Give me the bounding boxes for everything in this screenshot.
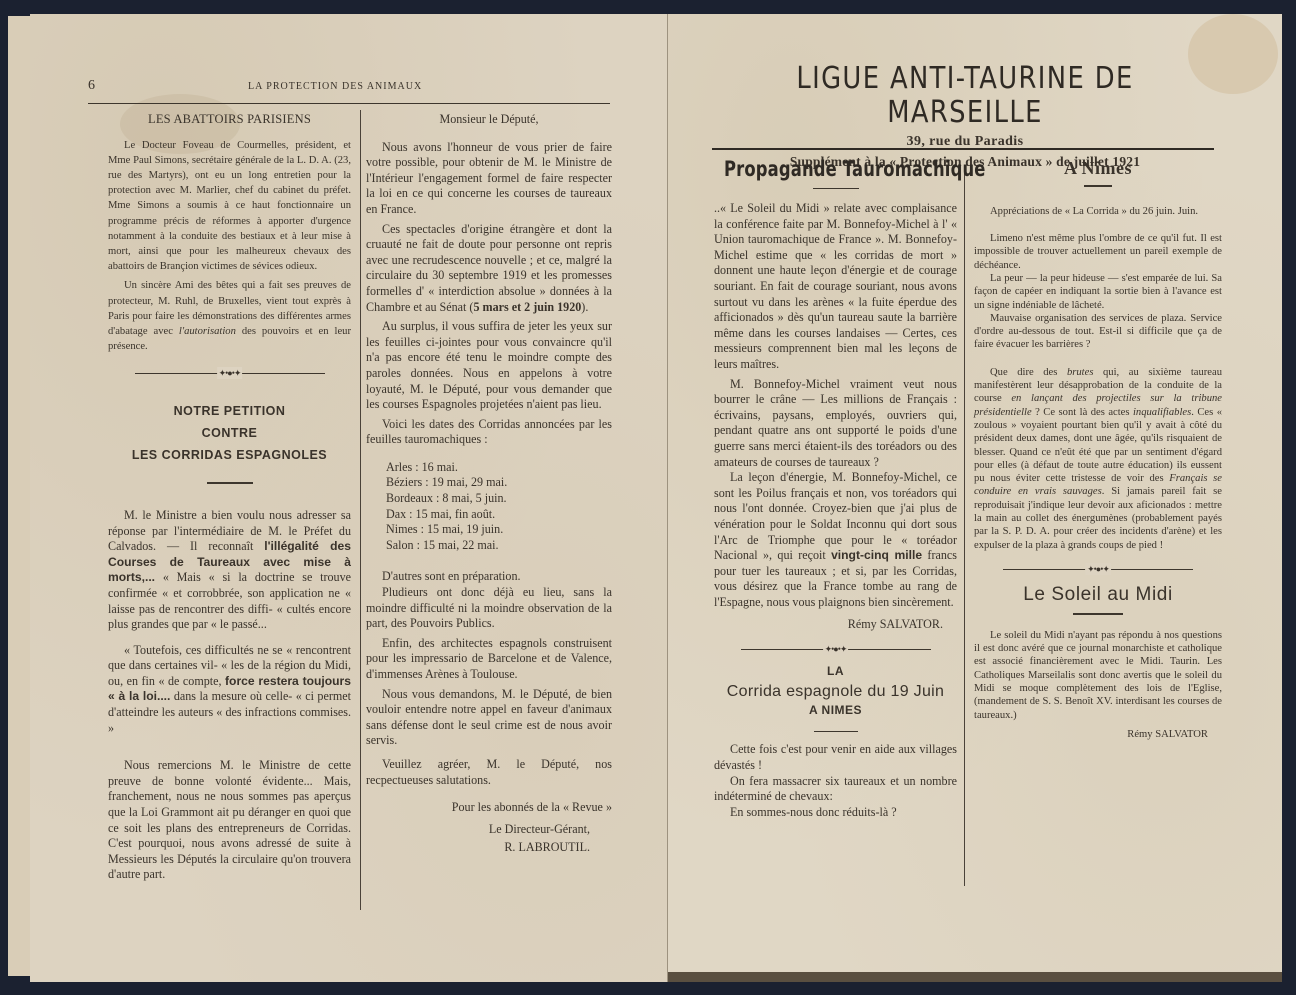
date-item: Dax : 15 mai, fin août. bbox=[386, 507, 612, 523]
date-item: Nimes : 15 mai, 19 juin. bbox=[386, 522, 612, 538]
right-column-1: Propagande Tauromachique ..« Le Soleil d… bbox=[714, 162, 957, 824]
date-item: Arles : 16 mai. bbox=[386, 460, 612, 476]
nimes-paragraph: Appréciations de « La Corrida » du 26 ju… bbox=[974, 205, 1222, 218]
letter-paragraph: Enfin, des architectes espagnols constru… bbox=[366, 636, 612, 683]
corrida-paragraph: Cette fois c'est pour venir en aide aux … bbox=[714, 742, 957, 773]
corrida-paragraph: On fera massacrer six taureaux et un nom… bbox=[714, 774, 957, 805]
letter-paragraph: Au surplus, il vous suffira de jeter les… bbox=[366, 319, 612, 413]
abattoirs-title: LES ABATTOIRS PARISIENS bbox=[108, 112, 351, 128]
date-item: Salon : 15 mai, 22 mai. bbox=[386, 538, 612, 554]
soleil-signature: Rémy SALVATOR bbox=[974, 728, 1222, 741]
letter-salutation: Monsieur le Député, bbox=[366, 112, 612, 128]
corrida-dates-list: Arles : 16 mai. Béziers : 19 mai, 29 mai… bbox=[366, 460, 612, 554]
page-number: 6 bbox=[88, 78, 95, 94]
petition-paragraph: M. le Ministre a bien voulu nous adresse… bbox=[108, 508, 351, 633]
right-column-2: A Nîmes Appréciations de « La Corrida » … bbox=[974, 162, 1222, 741]
propagande-paragraph: ..« Le Soleil du Midi » relate avec comp… bbox=[714, 201, 957, 373]
letter-paragraph: Pludieurs ont donc déjà eu lieu, sans la… bbox=[366, 585, 612, 632]
nimes-paragraph: Que dire des brutes qui, au sixième taur… bbox=[974, 366, 1222, 552]
propagande-paragraph: La leçon d'énergie, M. Bonnefoy-Michel, … bbox=[714, 470, 957, 610]
left-page-header: 6 LA PROTECTION DES ANIMAUX bbox=[88, 76, 610, 104]
date-item: Béziers : 19 mai, 29 mai. bbox=[386, 475, 612, 491]
short-rule bbox=[814, 731, 858, 733]
letter-paragraph: Nous vous demandons, M. le Député, de bi… bbox=[366, 687, 612, 749]
left-column-2: Monsieur le Député, Nous avons l'honneur… bbox=[366, 112, 612, 856]
masthead: LIGUE ANTI-TAURINE DE MARSEILLE 39, rue … bbox=[700, 62, 1230, 170]
letter-paragraph: Nous avons l'honneur de vous prier de fa… bbox=[366, 140, 612, 218]
league-title: LIGUE ANTI-TAURINE DE MARSEILLE bbox=[737, 62, 1193, 130]
ornament-divider: ✦•●•✦ bbox=[1003, 564, 1193, 574]
soleil-title: Le Soleil au Midi bbox=[974, 588, 1222, 601]
petition-title: NOTRE PETITION CONTRE LES CORRIDAS ESPAG… bbox=[108, 400, 351, 466]
soleil-paragraph: Le soleil du Midi n'ayant pas répondu à … bbox=[974, 629, 1222, 722]
corrida-paragraph: En sommes-nous donc réduits-là ? bbox=[714, 805, 957, 821]
letter-closing: Pour les abonnés de la « Revue » bbox=[366, 800, 612, 816]
letter-paragraph: Veuillez agréer, M. le Député, nos recpe… bbox=[366, 757, 612, 788]
nimes-paragraph: Mauvaise organisation des services de pl… bbox=[974, 312, 1222, 352]
short-rule bbox=[1084, 185, 1112, 187]
corrida-kicker: LA bbox=[714, 664, 957, 680]
propagande-signature: Rémy SALVATOR. bbox=[714, 617, 957, 633]
signer-title: Le Directeur-Gérant, bbox=[366, 822, 612, 838]
nimes-title: A Nîmes bbox=[974, 162, 1222, 175]
page-edge-shadow bbox=[668, 972, 1282, 982]
column-rule bbox=[360, 110, 361, 910]
propagande-title: Propagande Tauromachique bbox=[724, 162, 906, 178]
nimes-paragraph: Limeno n'est même plus l'ombre de ce qu'… bbox=[974, 232, 1222, 272]
abattoirs-paragraph: Un sincère Ami des bêtes qui a fait ses … bbox=[108, 278, 351, 354]
abattoirs-paragraph: Le Docteur Foveau de Courmelles, préside… bbox=[108, 138, 351, 275]
ornament-divider: ✦•●•✦ bbox=[135, 368, 325, 378]
petition-paragraph: « Toutefois, ces difficultés ne se « ren… bbox=[108, 643, 351, 737]
corrida-subtitle: A NIMES bbox=[714, 703, 957, 719]
propagande-paragraph: M. Bonnefoy-Michel vraiment veut nous bo… bbox=[714, 377, 957, 471]
left-column-1: LES ABATTOIRS PARISIENS Le Docteur Fovea… bbox=[108, 112, 351, 887]
date-item: Bordeaux : 8 mai, 5 juin. bbox=[386, 491, 612, 507]
short-rule bbox=[1073, 613, 1123, 615]
petition-paragraph: Nous remercions M. le Ministre de cette … bbox=[108, 758, 351, 883]
corrida-title: Corrida espagnole du 19 Juin bbox=[714, 684, 957, 700]
ornament-divider: ✦•●•✦ bbox=[741, 644, 931, 654]
letter-paragraph: Voici les dates des Corridas annoncées p… bbox=[366, 417, 612, 448]
nimes-paragraph: La peur — la peur hideuse — s'est emparé… bbox=[974, 272, 1222, 312]
masthead-rule bbox=[712, 148, 1214, 151]
running-title: LA PROTECTION DES ANIMAUX bbox=[248, 81, 422, 92]
short-rule bbox=[207, 482, 253, 484]
letter-paragraph: D'autres sont en préparation. bbox=[366, 569, 612, 585]
short-rule bbox=[813, 188, 859, 190]
letter-paragraph: Ces spectacles d'origine étrangère et do… bbox=[366, 222, 612, 316]
signer-name: R. LABROUTIL. bbox=[366, 840, 612, 856]
column-rule bbox=[964, 168, 965, 886]
